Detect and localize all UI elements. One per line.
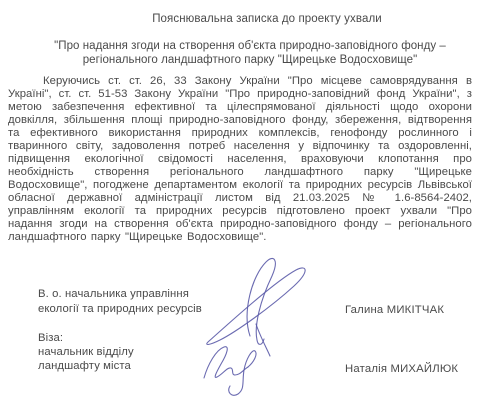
visa-role-line-1: начальник відділу — [38, 345, 134, 359]
handwritten-signature-visa — [196, 342, 271, 398]
document-body-paragraph: Керуючись ст. ст. 26, 33 Закону України … — [8, 75, 472, 244]
document-subtitle: "Про надання згоди на створення об'єкта … — [20, 40, 480, 67]
approver-role: В. о. начальника управління екології та … — [38, 287, 202, 317]
visa-role-line-2: ландшафту міста — [38, 359, 134, 373]
document-subtitle-line-2: регіонального ландшафтного парку "Щирець… — [20, 54, 480, 68]
approver-role-line-2: екології та природних ресурсів — [38, 302, 202, 317]
approver-role-line-1: В. о. начальника управління — [38, 287, 202, 302]
visa-block: Віза: начальник відділу ландшафту міста — [38, 331, 134, 373]
document-page: Пояснювальна записка до проекту ухвали "… — [0, 0, 480, 408]
approver-name: Галина МИКІТЧАК — [345, 304, 444, 316]
visa-label: Віза: — [38, 331, 134, 345]
visa-name: Наталія МИХАЙЛЮК — [345, 363, 458, 375]
document-title: Пояснювальна записка до проекту ухвали — [54, 13, 480, 26]
document-subtitle-line-1: "Про надання згоди на створення об'єкта … — [20, 40, 480, 54]
